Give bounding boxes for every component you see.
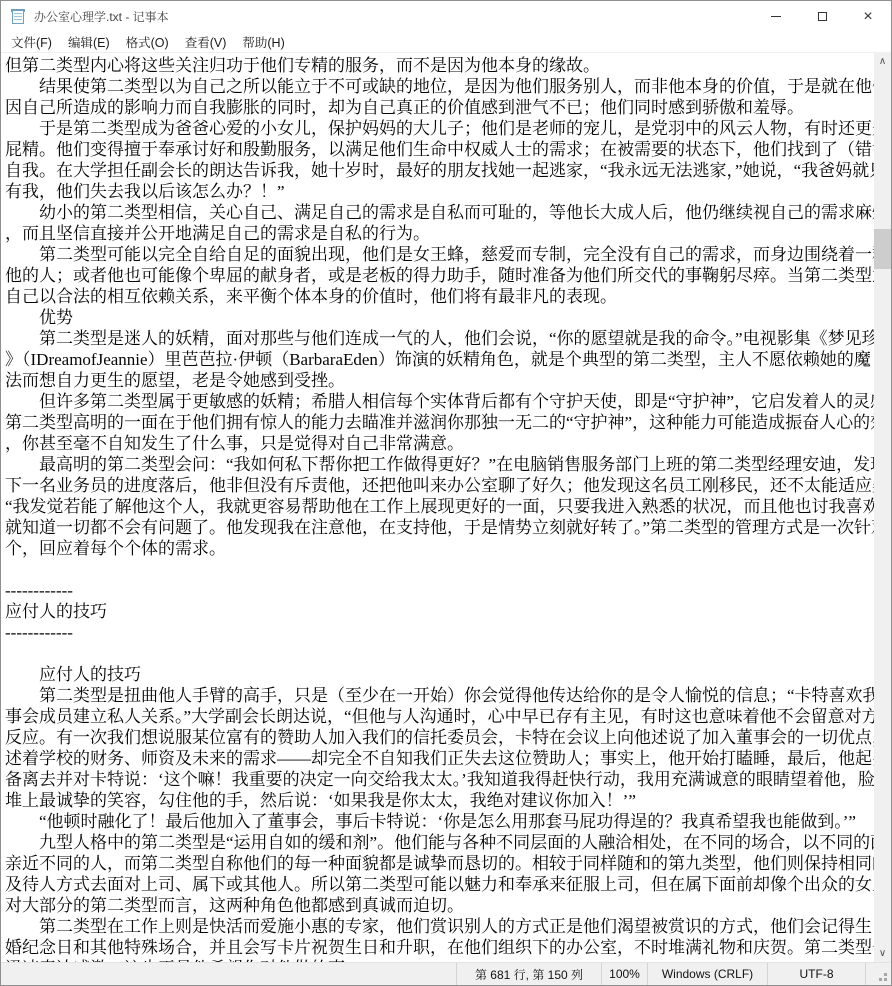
statusbar-spacer [1,963,456,985]
menu-help[interactable]: 帮助(H) [234,31,292,53]
text-line: 但第二类型内心将这些关注归功于他们专精的服务，而不是因为他本身的缘故。 [5,55,874,76]
text-line: 婚纪念日和其他特殊场合，并且会写卡片祝贺生日和升职，在他们组织下的办公室，不时堆… [5,937,874,958]
scrollbar-thumb[interactable] [874,229,891,269]
line-ending: Windows (CRLF) [647,963,767,985]
text-line: 自我。在大学担任副会长的朗达告诉我，她十岁时，最好的朋友找她一起逃家，“我永远无… [5,160,874,181]
text-line: 屁精。他们变得擅于奉承讨好和殷勤服务，以满足他们生命中权威人士的需求；在被需要的… [5,139,874,160]
text-line: 幼小的第二类型相信，关心自己、满足自己的需求是自私而可耻的，等他长大成人后，他仍… [5,202,874,223]
text-line: 备离去并对卡特说：‘这个嘛！我重要的决定一向交给我太太。’我知道我得赶快行动，我… [5,769,874,790]
zoom-level: 100% [601,963,647,985]
text-line: 最高明的第二类型会问：“我如何私下帮你把工作做得更好？”在电脑销售服务部门上班的… [5,454,874,475]
notepad-icon [11,9,27,25]
close-icon: × [863,8,872,26]
menu-view[interactable]: 查看(V) [177,31,235,53]
text-line: 他的人；或者他也可能像个卑屈的献身者，或是老板的得力助手，随时准备为他们所交代的… [5,265,874,286]
text-line: 应付人的技巧 [5,601,874,622]
text-line: 自己以合法的相互依赖关系，来平衡个体本身的价值时，他们将有最非凡的表现。 [5,286,874,307]
text-line: ，你甚至毫不自知发生了什么事，只是觉得对自己非常满意。 [5,433,874,454]
titlebar[interactable]: 办公室心理学.txt - 记事本 × [1,1,891,32]
menu-file[interactable]: 文件(F) [3,31,60,53]
vertical-scrollbar[interactable]: ∧ ∨ [874,53,891,962]
resize-grip[interactable] [865,963,891,985]
minimize-icon [771,16,781,17]
text-line: 有我，他们失去我以后该怎么办？！” [5,181,874,202]
text-line: 优势 [5,307,874,328]
text-line: 第二类型高明的一面在于他们拥有惊人的能力去瞄准并滋润你那独一无二的“守护神”，这… [5,412,874,433]
text-line: 述着学校的财务、师资及未来的需求——却完全不自知我们正失去这位赞助人；事实上，他… [5,748,874,769]
menu-edit[interactable]: 编辑(E) [60,31,118,53]
editor-area: 但第二类型内心将这些关注归功于他们专精的服务，而不是因为他本身的缘故。 结果使第… [1,53,891,962]
text-line: 第二类型是迷人的妖精，面对那些与他们连成一气的人，他们会说，“你的愿望就是我的命… [5,328,874,349]
text-line: 堆上最诚挚的笑容，勾住他的手，然后说：‘如果我是你太太，我绝对建议你加入！’” [5,790,874,811]
cursor-position: 第 681 行, 第 150 列 [456,963,601,985]
minimize-button[interactable] [753,1,799,32]
text-line: “他顿时融化了！最后他加入了董事会，事后卡特说：‘你是怎么用那套马屁功得逞的？我… [5,811,874,832]
text-line: 对大部分的第二类型而言，这两种角色他都感到真诚而迫切。 [5,895,874,916]
scroll-down-button[interactable]: ∨ [874,945,891,962]
text-line: 因自己所造成的影响力而自我膨胀的同时，却为自己真正的价值感到泄气不已；他们同时感… [5,97,874,118]
chevron-up-icon: ∧ [879,56,886,67]
close-button[interactable]: × [845,1,891,32]
text-line: 第二类型在工作上则是快活而爱施小惠的专家，他们赏识别人的方式正是他们渴望被赏识的… [5,916,874,937]
text-line: 及待人方式去面对上司、属下或其他人。所以第二类型可能以魅力和奉承来征服上司，但在… [5,874,874,895]
text-line: 亲近不同的人，而第二类型自称他们的每一种面貌都是诚挚而恳切的。相较于同样随和的第… [5,853,874,874]
window-title: 办公室心理学.txt - 记事本 [34,8,169,25]
menu-bar: 文件(F) 编辑(E) 格式(O) 查看(V) 帮助(H) [1,32,891,53]
text-line: “我发觉若能了解他这个人，我就更容易帮助他在工作上展现更好的一面，只要我进入熟悉… [5,496,874,517]
text-line [5,643,874,664]
text-line: 就知道一切都不会有问题了。他发现我在注意他，在支持他，于是情势立刻就好转了。”第… [5,517,874,538]
text-line: 反应。有一次我们想说服某位富有的赞助人加入我们的信托委员会，卡特在会议上向他述说… [5,727,874,748]
text-line: 法而想自力更生的愿望，老是令她感到受挫。 [5,370,874,391]
text-line: 下一名业务员的进度落后，他非但没有斥责他，还把他叫来办公室聊了好久；他发现这名员… [5,475,874,496]
resize-grip-icon [884,973,887,976]
text-line: ------------ [5,622,874,643]
status-bar: 第 681 行, 第 150 列 100% Windows (CRLF) UTF… [1,962,891,985]
text-line: 》（IDreamofJeannie）里芭芭拉·伊顿（BarbaraEden）饰演… [5,349,874,370]
maximize-icon [818,12,827,21]
encoding: UTF-8 [767,963,865,985]
text-line: 第二类型是扭曲他人手臂的高手，只是（至少在一开始）你会觉得他传达给你的是令人愉悦… [5,685,874,706]
text-line: 第二类型可能以完全自给自足的面貌出现，他们是女王蜂，慈爱而专制，完全没有自己的需… [5,244,874,265]
text-line: 结果使第二类型以为自己之所以能立于不可或缺的地位，是因为他们服务别人，而非他本身… [5,76,874,97]
text-line: 个，回应着每个个体的需求。 [5,538,874,559]
text-editor[interactable]: 但第二类型内心将这些关注归功于他们专精的服务，而不是因为他本身的缘故。 结果使第… [1,53,874,962]
text-line: 事会成员建立私人关系。”大学副会长朗达说，“但他与人沟通时，心中早已存有主见，有… [5,706,874,727]
menu-format[interactable]: 格式(O) [118,31,177,53]
text-line: ------------ [5,580,874,601]
text-line: ，而且坚信直接并公开地满足自己的需求是自私的行为。 [5,223,874,244]
text-line: 九型人格中的第二类型是“运用自如的缓和剂”。他们能与各种不同层面的人融洽相处，在… [5,832,874,853]
text-line: 但许多第二类型属于更敏感的妖精；希腊人相信每个实体背后都有个守护天使，即是“守护… [5,391,874,412]
scroll-up-button[interactable]: ∧ [874,53,891,70]
text-line: 于是第二类型成为爸爸心爱的小女儿，保护妈妈的大儿子；他们是老师的宠儿，是党羽中的… [5,118,874,139]
notepad-window: 办公室心理学.txt - 记事本 × 文件(F) 编辑(E) 格式(O) 查看(… [0,0,892,986]
text-line [5,559,874,580]
maximize-button[interactable] [799,1,845,32]
chevron-down-icon: ∨ [879,948,886,959]
text-line: 应付人的技巧 [5,664,874,685]
